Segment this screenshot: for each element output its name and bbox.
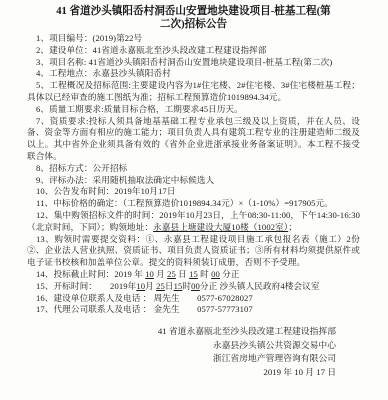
item-required-materials: 13、购领时需要提交资料：①、永嘉县工程建设项目施工承包报名表（施工）2份②、企… [27,234,360,269]
text-segment: 10、公告发布时间：2019年10月17日 [36,186,176,196]
signature-org-headquarters: 41 省道永嘉瓯北至沙头段改建工程建设指挥部 [27,325,336,339]
text-segment: 15、开标时间： 2019年 [36,281,136,291]
item-project-scope: 5、工程概况及招标范围:主要建设内容为1#住宅楼、2#住宅楼、3#住宅楼桩基工程… [27,80,360,104]
text-segment: 时 [182,281,191,291]
tender-announcement-document: 41 省道沙头镇阳岙村洞岙山安置地块建设项目-桩基工程(第 二次)招标公告 1、… [0,0,388,400]
text-segment: 5、工程概况及招标范围:主要建设内容为1#住宅楼、2#住宅楼、3#住宅楼桩基工程… [27,80,360,102]
item-award-price: 11、中标价格的确定：（工程预算造价1019894.34元）×（1-10%）=9… [27,198,360,210]
text-segment: 日 [165,281,174,291]
text-segment: 3、项目名称: 41省道沙头镇阳岙村洞岙山安置地块建设项目-桩基工程(第二次) [36,57,332,67]
text-segment: 8、招标方式：公开招标 [36,163,127,173]
signature-block: 41 省道永嘉瓯北至沙头段改建工程建设指挥部 永嘉县沙头镇公共资源交易中心 浙江… [27,325,360,379]
item-quality-schedule: 6、质量工期要求:质量目标合格，工期要求45日历天。 [27,104,360,116]
underlined-text: 00 [191,281,200,291]
document-title-line-1: 41 省道沙头镇阳岙村洞岙山安置地块建设项目-桩基工程(第 [27,5,360,18]
item-project-number: 1、项目编号：(2019)第22号 [27,33,360,45]
underlined-text: 10 [136,281,145,291]
underlined-text: 00 [211,269,220,279]
text-segment: 17、代理公司联系人及电话 ： 金先生 0577-57773107 [36,304,253,314]
item-bid-deadline: 14、投标截止时间：2019 年 10 月 25 日 15 时 00 分正 [27,269,360,281]
underlined-text: 永嘉县上塘建设大厦10楼（1002室） [153,222,288,232]
underlined-text: 15 [189,269,198,279]
item-owner-contact: 16、建设单位联系人及电话 ： 周先生 0577-67028027 [27,293,360,305]
text-segment: 9、评标办法：采用随机抽取法确定中标候选人 [36,175,214,185]
text-segment: 分正 [220,269,240,279]
text-segment: 4、工程地点：永嘉县沙头镇阳岙村 [36,68,171,78]
item-construction-unit: 2、建设单位：41省道永嘉瓯北至沙头段改建工程建设指挥部 [27,45,360,57]
item-announcement-date: 10、公告发布时间：2019年10月17日 [27,186,360,198]
document-title: 41 省道沙头镇阳岙村洞岙山安置地块建设项目-桩基工程(第 二次)招标公告 [27,5,360,31]
announcement-body: 1、项目编号：(2019)第22号 2、建设单位：41省道永嘉瓯北至沙头段改建工… [27,33,360,316]
text-segment: 11、中标价格的确定：（工程预算造价1019894.34元）×（1-10%）=9… [36,198,333,208]
text-segment: 14、投标截止时间：2019 年 [36,269,145,279]
text-segment: 13、购领时需要提交资料：①、永嘉县工程建设项目施工承包报名表（施工）2份②、企… [27,234,360,268]
signature-date: 2019 年 10 月 17 日 [27,366,336,380]
item-evaluation-method: 9、评标办法：采用随机抽取法确定中标候选人 [27,175,360,187]
underlined-text: 25 [167,269,176,279]
item-qualification: 7、资质要求:投标人须具备地基基础工程专业承包三级及以上资质，并在人员、设备、资… [27,116,360,163]
signature-org-trade-center: 永嘉县沙头镇公共资源交易中心 [27,339,336,353]
item-project-name: 3、项目名称: 41省道沙头镇阳岙村洞岙山安置地块建设项目-桩基工程(第二次) [27,57,360,69]
underlined-text: 25 [156,281,165,291]
document-title-line-2: 二次)招标公告 [27,18,360,31]
text-segment: 16、建设单位联系人及电话 ： 周先生 0577-67028027 [36,293,253,303]
underlined-text: 10 [145,269,154,279]
signature-org-agency: 浙江省房地产管理咨询有限公司 [27,352,336,366]
item-agency-contact: 17、代理公司联系人及电话 ： 金先生 0577-57773107 [27,304,360,316]
item-project-location: 4、工程地点：永嘉县沙头镇阳岙村 [27,68,360,80]
text-segment: 日 [176,269,189,279]
text-segment: ； [288,222,297,232]
text-segment: 1、项目编号：(2019)第22号 [36,33,142,43]
text-segment: 分正 沙头镇人民政府4楼会议室 [200,281,320,291]
text-segment: 月 [145,281,156,291]
item-bid-opening: 15、开标时间： 2019年10月 25日15时00分正 沙头镇人民政府4楼会议… [27,281,360,293]
item-bidding-method: 8、招标方式：公开招标 [27,163,360,175]
text-segment: 2、建设单位：41省道永嘉瓯北至沙头段改建工程建设指挥部 [36,45,267,55]
text-segment: 7、资质要求:投标人须具备地基基础工程专业承包三级及以上资质，并在人员、设备、资… [27,116,360,161]
text-segment: 时 [198,269,211,279]
text-segment: 月 [154,269,167,279]
text-segment: 6、质量工期要求:质量目标合格，工期要求45日历天。 [36,104,243,114]
item-document-purchase: 12、集中购领招标文件的时间：2019年10月23日，上午08:30-11:00… [27,210,360,234]
